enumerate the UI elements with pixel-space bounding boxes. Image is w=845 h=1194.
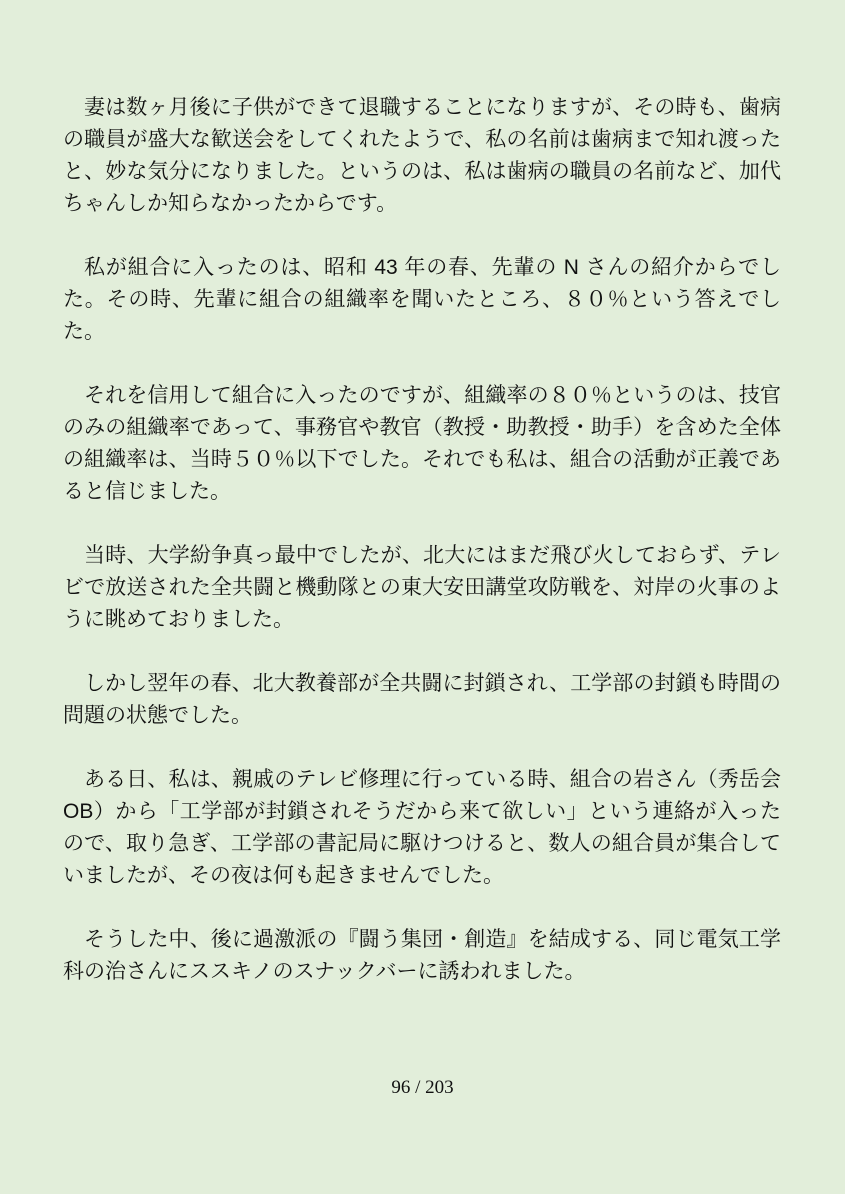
paragraph: 私が組合に入ったのは、昭和 43 年の春、先輩の N さんの紹介からでした。その… bbox=[63, 252, 781, 348]
paragraph: 当時、大学紛争真っ最中でしたが、北大にはまだ飛び火しておらず、テレビで放送された… bbox=[63, 540, 781, 636]
body-text: 妻は数ヶ月後に子供ができて退職することになりますが、その時も、歯病の職員が盛大な… bbox=[63, 92, 781, 1020]
paragraph: 妻は数ヶ月後に子供ができて退職することになりますが、その時も、歯病の職員が盛大な… bbox=[63, 92, 781, 220]
paragraph: そうした中、後に過激派の『闘う集団・創造』を結成する、同じ電気工学科の治さんにス… bbox=[63, 924, 781, 988]
page-number: 96 / 203 bbox=[0, 1076, 845, 1100]
paragraph: しかし翌年の春、北大教養部が全共闘に封鎖され、工学部の封鎖も時間の問題の状態でし… bbox=[63, 668, 781, 732]
document-page: 妻は数ヶ月後に子供ができて退職することになりますが、その時も、歯病の職員が盛大な… bbox=[0, 0, 845, 1194]
paragraph: それを信用して組合に入ったのですが、組織率の８０％というのは、技官のみの組織率で… bbox=[63, 380, 781, 508]
paragraph: ある日、私は、親戚のテレビ修理に行っている時、組合の岩さん（秀岳会 OB）から「… bbox=[63, 764, 781, 892]
